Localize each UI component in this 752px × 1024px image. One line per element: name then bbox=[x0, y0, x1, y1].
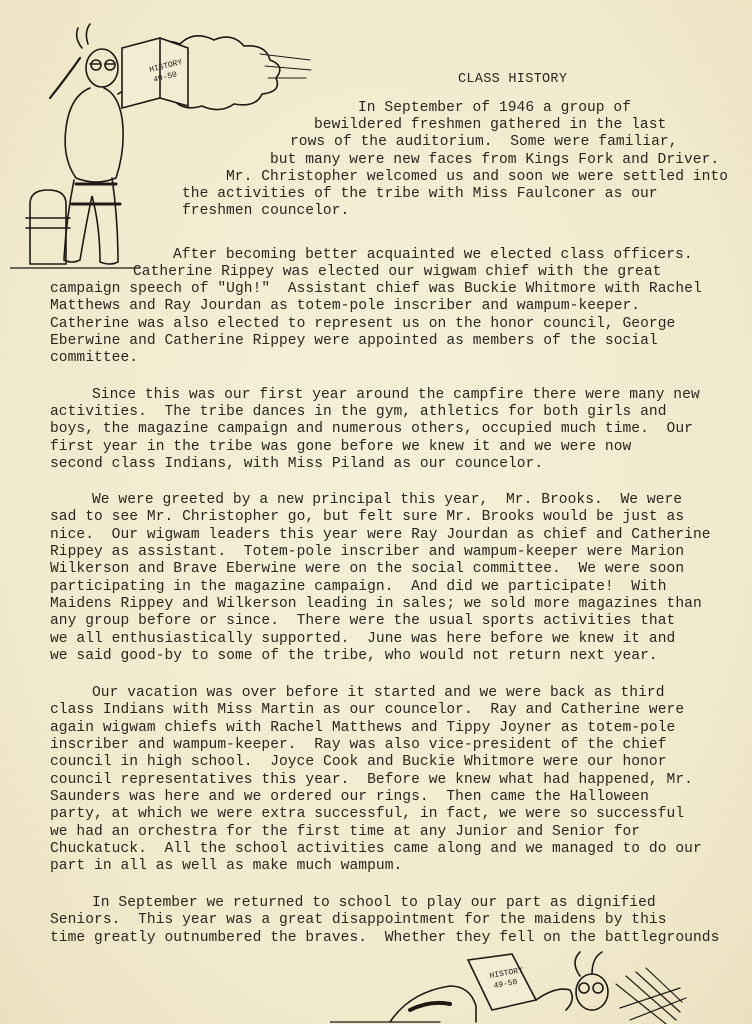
page-title: CLASS HISTORY bbox=[458, 72, 567, 87]
text-line: Catherine Rippey was elected our wigwam … bbox=[133, 264, 661, 281]
text-line: campaign speech of "Ugh!" Assistant chie… bbox=[50, 281, 702, 298]
text-line: class Indians with Miss Martin as our co… bbox=[50, 702, 684, 719]
text-line: activities. The tribe dances in the gym,… bbox=[50, 404, 667, 421]
indian-lying-with-sign-illustration: HISTORY 49-50 bbox=[330, 948, 752, 1024]
text-line: committee. bbox=[50, 350, 138, 367]
text-line: freshmen councelor. bbox=[182, 203, 349, 220]
text-line: the activities of the tribe with Miss Fa… bbox=[182, 186, 658, 203]
text-line: Our vacation was over before it started … bbox=[92, 685, 665, 702]
text-line: council in high school. Joyce Cook and B… bbox=[50, 754, 667, 771]
text-line: Catherine was also elected to represent … bbox=[50, 316, 675, 333]
text-line: again wigwam chiefs with Rachel Matthews… bbox=[50, 720, 675, 737]
text-line: Matthews and Ray Jourdan as totem-pole i… bbox=[50, 298, 640, 315]
text-line: part in all as well as make much wampum. bbox=[50, 858, 402, 875]
indian-reading-book-illustration: HISTORY 49-50 bbox=[10, 14, 330, 284]
text-line: we all enthusiastically supported. June … bbox=[50, 631, 675, 648]
text-line: Since this was our first year around the… bbox=[92, 387, 700, 404]
text-line: any group before or since. There were th… bbox=[50, 613, 675, 630]
text-line: council representatives this year. Befor… bbox=[50, 772, 693, 789]
text-line: inscriber and wampum-keeper. Ray was als… bbox=[50, 737, 667, 754]
text-line: Eberwine and Catherine Rippey were appoi… bbox=[50, 333, 658, 350]
text-line: party, at which we were extra successful… bbox=[50, 806, 684, 823]
text-line: time greatly outnumbered the braves. Whe… bbox=[50, 930, 719, 947]
text-line: Seniors. This year was a great disappoin… bbox=[50, 912, 667, 929]
text-line: participating in the magazine campaign. … bbox=[50, 579, 667, 596]
text-line: Saunders was here and we ordered our rin… bbox=[50, 789, 649, 806]
text-line: we had an orchestra for the first time a… bbox=[50, 824, 640, 841]
text-line: We were greeted by a new principal this … bbox=[92, 492, 682, 509]
text-line: boys, the magazine campaign and numerous… bbox=[50, 421, 693, 438]
text-line: In September of 1946 a group of bbox=[358, 100, 631, 117]
text-line: Mr. Christopher welcomed us and soon we … bbox=[226, 169, 728, 186]
text-line: bewildered freshmen gathered in the last bbox=[314, 117, 666, 134]
text-line: Wilkerson and Brave Eberwine were on the… bbox=[50, 561, 684, 578]
text-line: but many were new faces from Kings Fork … bbox=[270, 152, 719, 169]
text-line: first year in the tribe was gone before … bbox=[50, 439, 631, 456]
document-page: HISTORY 49-50 CLASS HISTORY In September… bbox=[0, 0, 752, 1024]
text-line: we said good-by to some of the tribe, wh… bbox=[50, 648, 658, 665]
text-line: Chuckatuck. All the school activities ca… bbox=[50, 841, 702, 858]
text-line: rows of the auditorium. Some were famili… bbox=[290, 134, 678, 151]
text-line: In September we returned to school to pl… bbox=[92, 895, 656, 912]
text-line: After becoming better acquainted we elec… bbox=[173, 247, 693, 264]
text-line: sad to see Mr. Christopher go, but felt … bbox=[50, 509, 684, 526]
text-line: Rippey as assistant. Totem-pole inscribe… bbox=[50, 544, 684, 561]
text-line: Maidens Rippey and Wilkerson leading in … bbox=[50, 596, 702, 613]
text-line: nice. Our wigwam leaders this year were … bbox=[50, 527, 711, 544]
text-line: second class Indians, with Miss Piland a… bbox=[50, 456, 543, 473]
